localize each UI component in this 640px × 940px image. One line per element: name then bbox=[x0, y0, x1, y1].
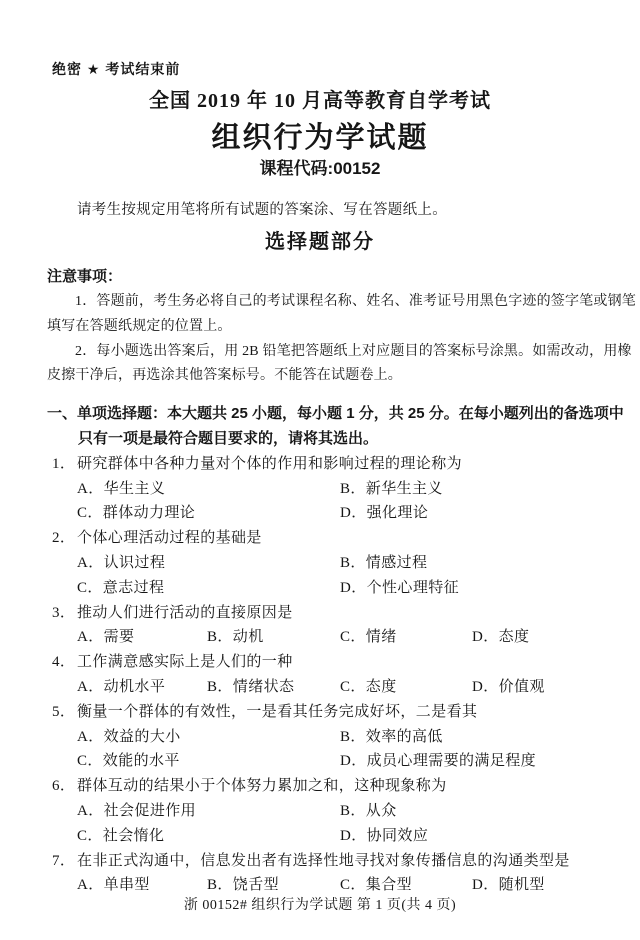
section-heading-line-2: 只有一项是最符合题目要求的，请将其选出。 bbox=[78, 427, 640, 452]
question-stem: 在非正式沟通中，信息发出者有选择性地寻找对象传播信息的沟通类型是 bbox=[77, 853, 570, 869]
option-a: A．社会促进作用 bbox=[77, 799, 196, 824]
option-d: D．态度 bbox=[472, 625, 529, 650]
option-a: A．认识过程 bbox=[77, 551, 165, 576]
question-stem: 个体心理活动过程的基础是 bbox=[77, 530, 262, 546]
option-row: A．认识过程 B．情感过程 bbox=[77, 551, 640, 576]
option-a: A．华生主义 bbox=[77, 477, 165, 502]
question-text: 4．工作满意感实际上是人们的一种 bbox=[52, 650, 640, 675]
notice-item-2-line-1: 2．每小题选出答案后，用 2B 铅笔把答题纸上对应题目的答案标号涂黑。如需改动，… bbox=[75, 340, 640, 365]
question-stem: 工作满意感实际上是人们的一种 bbox=[77, 654, 293, 670]
option-d: D．价值观 bbox=[472, 675, 545, 700]
option-c: C．意志过程 bbox=[77, 576, 164, 601]
option-c: C．社会惰化 bbox=[77, 824, 164, 849]
question-number: 3． bbox=[52, 601, 77, 626]
question-5: 5．衡量一个群体的有效性，一是看其任务完成好坏，二是看其 A．效益的大小 B．效… bbox=[0, 700, 640, 774]
option-c: C．情绪 bbox=[340, 625, 397, 650]
question-1: 1．研究群体中各种力量对个体的作用和影响过程的理论称为 A．华生主义 B．新华生… bbox=[0, 452, 640, 526]
question-number: 2． bbox=[52, 526, 77, 551]
option-d: D．随机型 bbox=[472, 873, 545, 898]
option-row: A．单串型 B．饶舌型 C．集合型 D．随机型 bbox=[77, 873, 640, 898]
option-row: C．社会惰化 D．协同效应 bbox=[77, 824, 640, 849]
option-b: B．新华生主义 bbox=[340, 477, 443, 502]
question-number: 1． bbox=[52, 452, 77, 477]
question-text: 2．个体心理活动过程的基础是 bbox=[52, 526, 640, 551]
page-footer: 浙 00152# 组织行为学试题 第 1 页(共 4 页) bbox=[0, 897, 640, 915]
answer-instruction: 请考生按规定用笔将所有试题的答案涂、写在答题纸上。 bbox=[77, 201, 640, 220]
option-b: B．情感过程 bbox=[340, 551, 427, 576]
question-text: 6．群体互动的结果小于个体努力累加之和，这种现象称为 bbox=[52, 774, 640, 799]
option-a: A．效益的大小 bbox=[77, 725, 181, 750]
exam-page: 绝密 ★ 考试结束前 全国 2019 年 10 月高等教育自学考试 组织行为学试… bbox=[0, 0, 640, 940]
option-row: A．动机水平 B．情绪状态 C．态度 D．价值观 bbox=[77, 675, 640, 700]
question-stem: 群体互动的结果小于个体努力累加之和，这种现象称为 bbox=[77, 778, 447, 794]
option-row: A．社会促进作用 B．从众 bbox=[77, 799, 640, 824]
question-stem: 研究群体中各种力量对个体的作用和影响过程的理论称为 bbox=[77, 456, 462, 472]
paper-title: 组织行为学试题 bbox=[0, 120, 640, 156]
option-c: C．效能的水平 bbox=[77, 749, 180, 774]
option-row: C．群体动力理论 D．强化理论 bbox=[77, 501, 640, 526]
option-c: C．态度 bbox=[340, 675, 397, 700]
question-2: 2．个体心理活动过程的基础是 A．认识过程 B．情感过程 C．意志过程 D．个性… bbox=[0, 526, 640, 600]
option-row: C．效能的水平 D．成员心理需要的满足程度 bbox=[77, 749, 640, 774]
question-text: 1．研究群体中各种力量对个体的作用和影响过程的理论称为 bbox=[52, 452, 640, 477]
question-4: 4．工作满意感实际上是人们的一种 A．动机水平 B．情绪状态 C．态度 D．价值… bbox=[0, 650, 640, 700]
option-a: A．需要 bbox=[77, 625, 134, 650]
question-number: 4． bbox=[52, 650, 77, 675]
option-b: B．从众 bbox=[340, 799, 397, 824]
option-c: C．集合型 bbox=[340, 873, 412, 898]
option-row: A．需要 B．动机 C．情绪 D．态度 bbox=[77, 625, 640, 650]
option-row: A．华生主义 B．新华生主义 bbox=[77, 477, 640, 502]
section-heading-line-1: 一、单项选择题：本大题共 25 小题，每小题 1 分，共 25 分。在每小题列出… bbox=[47, 402, 640, 427]
option-b: B．效率的高低 bbox=[340, 725, 443, 750]
notice-item-1-line-2: 填写在答题纸规定的位置上。 bbox=[47, 315, 640, 340]
option-c: C．群体动力理论 bbox=[77, 501, 195, 526]
question-text: 7．在非正式沟通中，信息发出者有选择性地寻找对象传播信息的沟通类型是 bbox=[52, 849, 640, 874]
option-b: B．动机 bbox=[207, 625, 264, 650]
part-title: 选择题部分 bbox=[0, 229, 640, 255]
notice-item-2-line-2: 皮擦干净后，再选涂其他答案标号。不能答在试题卷上。 bbox=[47, 364, 640, 389]
question-text: 3．推动人们进行活动的直接原因是 bbox=[52, 601, 640, 626]
question-stem: 推动人们进行活动的直接原因是 bbox=[77, 605, 293, 621]
option-row: C．意志过程 D．个性心理特征 bbox=[77, 576, 640, 601]
option-d: D．个性心理特征 bbox=[340, 576, 459, 601]
option-b: B．情绪状态 bbox=[207, 675, 294, 700]
question-7: 7．在非正式沟通中，信息发出者有选择性地寻找对象传播信息的沟通类型是 A．单串型… bbox=[0, 849, 640, 899]
question-3: 3．推动人们进行活动的直接原因是 A．需要 B．动机 C．情绪 D．态度 bbox=[0, 601, 640, 651]
option-d: D．成员心理需要的满足程度 bbox=[340, 749, 536, 774]
option-d: D．强化理论 bbox=[340, 501, 428, 526]
option-b: B．饶舌型 bbox=[207, 873, 279, 898]
question-stem: 衡量一个群体的有效性，一是看其任务完成好坏，二是看其 bbox=[77, 704, 477, 720]
option-d: D．协同效应 bbox=[340, 824, 428, 849]
question-number: 6． bbox=[52, 774, 77, 799]
option-row: A．效益的大小 B．效率的高低 bbox=[77, 725, 640, 750]
notice-item-1-line-1: 1．答题前，考生务必将自己的考试课程名称、姓名、准考证号用黑色字迹的签字笔或钢笔 bbox=[75, 290, 640, 315]
question-6: 6．群体互动的结果小于个体努力累加之和，这种现象称为 A．社会促进作用 B．从众… bbox=[0, 774, 640, 848]
course-code: 课程代码:00152 bbox=[0, 158, 640, 180]
notice-heading: 注意事项： bbox=[47, 267, 640, 286]
option-a: A．动机水平 bbox=[77, 675, 165, 700]
exam-session-title: 全国 2019 年 10 月高等教育自学考试 bbox=[0, 88, 640, 114]
option-a: A．单串型 bbox=[77, 873, 150, 898]
question-number: 7． bbox=[52, 849, 77, 874]
classification-banner: 绝密 ★ 考试结束前 bbox=[52, 61, 640, 78]
question-number: 5． bbox=[52, 700, 77, 725]
question-text: 5．衡量一个群体的有效性，一是看其任务完成好坏，二是看其 bbox=[52, 700, 640, 725]
